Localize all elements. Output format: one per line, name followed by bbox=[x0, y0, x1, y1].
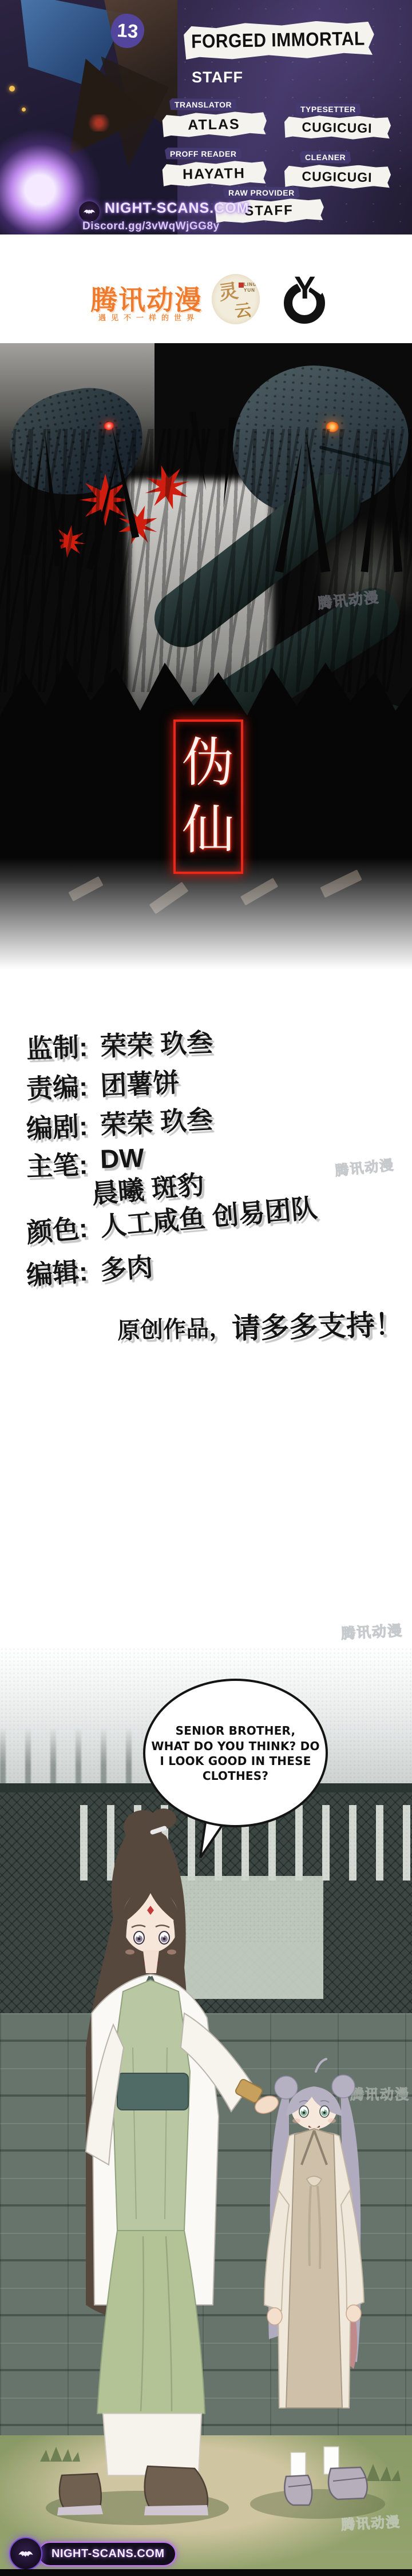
cover-title-char-2: 仙 bbox=[182, 804, 235, 857]
next-panel-edge bbox=[0, 2569, 412, 2576]
artwork-spark bbox=[9, 86, 15, 92]
lingyun-red-seal bbox=[239, 283, 244, 288]
cover-title-char-1: 伪 bbox=[182, 737, 235, 789]
bubble-line-1: SENIOR BROTHER, bbox=[176, 1724, 296, 1738]
role-name-typesetter: CUGICUGI bbox=[283, 114, 391, 140]
credit-value: 多肉 bbox=[99, 1246, 154, 1287]
speech-bubble: SENIOR BROTHER, WHAT DO YOU THINK? DO I … bbox=[143, 1679, 328, 1827]
artwork-spark-2 bbox=[22, 108, 26, 112]
watermark-gap: 腾讯动漫 bbox=[340, 1619, 403, 1643]
credit-row-editor: 编辑: 多肉 bbox=[25, 1246, 154, 1293]
credit-value: 荣荣 玖叁 bbox=[99, 1099, 213, 1142]
night-scans-footer-badge[interactable]: NIGHT-SCANS.COM bbox=[9, 2537, 176, 2570]
cover-title-box: 伪 仙 bbox=[173, 719, 243, 874]
cover-artwork: 腾讯动漫 伪 仙 bbox=[0, 343, 412, 1001]
support-message-main: 请多多支持！ bbox=[231, 1301, 404, 1347]
night-scans-footer-logo bbox=[9, 2537, 42, 2570]
credit-row-writer: 编剧: 荣荣 玖叁 bbox=[25, 1099, 213, 1146]
bubble-line-3: I LOOK GOOD IN THESE bbox=[160, 1754, 311, 1768]
lingyun-char-2: 云 bbox=[233, 297, 252, 323]
series-title: FORGED IMMORTAL bbox=[191, 28, 365, 53]
site-link[interactable]: NIGHT-SCANS.COM bbox=[105, 200, 249, 217]
woman-figure bbox=[57, 1808, 281, 2515]
bat-icon bbox=[82, 207, 96, 216]
credit-label: 颜色: bbox=[25, 1207, 89, 1250]
discord-link[interactable]: Discord.gg/3vWqWjGG8y bbox=[82, 220, 220, 233]
staff-heading: STAFF bbox=[189, 69, 246, 86]
cy-studio-logo: Y bbox=[282, 273, 330, 326]
chapter-number: 13 bbox=[116, 19, 138, 42]
cy-logo-letter: Y bbox=[294, 269, 315, 306]
credit-row-supervisor: 监制: 荣荣 玖叁 bbox=[26, 1022, 213, 1066]
bubble-line-2: WHAT DO YOU THINK? DO bbox=[151, 1739, 319, 1753]
comic-page: 13 FORGED IMMORTAL STAFF TRANSLATOR ATLA… bbox=[0, 0, 412, 2576]
lingyun-label: LING YUN bbox=[244, 282, 257, 293]
credit-value: 团薯饼 bbox=[100, 1062, 180, 1103]
credits-header: 13 FORGED IMMORTAL STAFF TRANSLATOR ATLA… bbox=[0, 0, 412, 234]
night-scans-logo-circle bbox=[79, 201, 100, 222]
lingyun-seal-logo: 灵 云 LING YUN bbox=[212, 274, 260, 324]
lingyun-label-line2: YUN bbox=[244, 288, 255, 293]
role-label-raw-provider: RAW PROVIDER bbox=[223, 186, 300, 199]
credit-value: 荣荣 玖叁 bbox=[100, 1022, 213, 1064]
comic-panel: 腾讯动漫 bbox=[0, 1647, 412, 2576]
support-message: 原创作品， 请多多支持！ bbox=[117, 1301, 404, 1350]
tencent-tagline: 遇见不一样的世界 bbox=[98, 312, 199, 323]
bat-icon bbox=[17, 2548, 34, 2559]
footer-site-link[interactable]: NIGHT-SCANS.COM bbox=[38, 2542, 176, 2566]
lingyun-label-line1: LING bbox=[244, 282, 257, 287]
support-message-prefix: 原创作品， bbox=[117, 1310, 232, 1345]
credit-label: 监制: bbox=[26, 1026, 89, 1066]
credit-label: 编辑: bbox=[25, 1251, 89, 1293]
child-figure bbox=[264, 2059, 367, 2505]
credit-row-editor-in-charge: 责编: 团薯饼 bbox=[26, 1062, 180, 1106]
role-label-translator: TRANSLATOR bbox=[169, 98, 237, 111]
role-label-cleaner: CLEANER bbox=[300, 151, 351, 164]
cover-white-fade bbox=[0, 858, 412, 1001]
bubble-line-4: CLOTHES? bbox=[203, 1769, 268, 1783]
speech-bubble-text: SENIOR BROTHER, WHAT DO YOU THINK? DO I … bbox=[151, 1722, 319, 1784]
role-name-cleaner: CUGICUGI bbox=[283, 164, 391, 189]
artwork-red-mark bbox=[86, 114, 112, 132]
header-artwork-collage bbox=[0, 0, 177, 234]
credit-label: 责编: bbox=[26, 1066, 89, 1106]
credit-label: 编剧: bbox=[25, 1105, 89, 1146]
role-label-proofreader: PROFF READER bbox=[165, 148, 241, 160]
watermark-credits: 腾讯动漫 bbox=[334, 1154, 395, 1180]
credit-label: 主笔: bbox=[26, 1144, 89, 1184]
role-label-typesetter: TYPESETTER bbox=[295, 103, 361, 116]
